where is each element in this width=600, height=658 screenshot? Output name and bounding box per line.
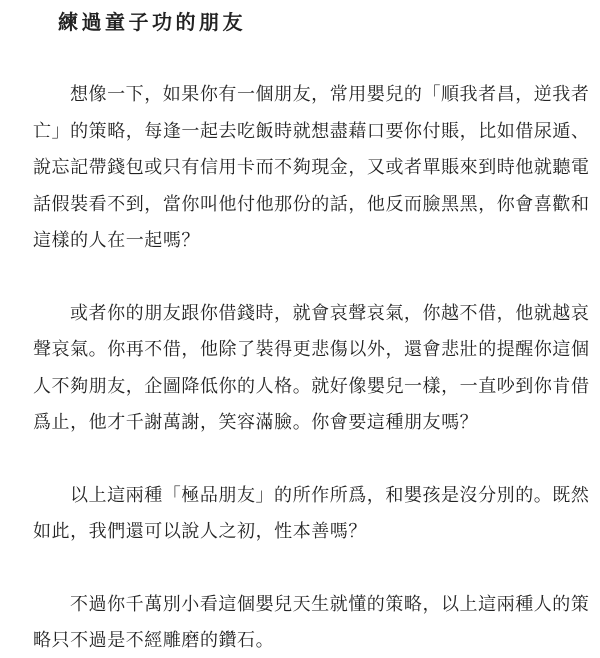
document-title: 練過童子功的朋友 — [33, 5, 590, 41]
text-line: 亡」的策略，每逢一起去吃飯時就想盡藉口要你付賬，比如借尿遁、 — [33, 113, 590, 150]
paragraph-2: 或者你的朋友跟你借錢時，就會哀聲哀氣，你越不借，他就越哀 聲哀氣。你再不借，他除… — [33, 295, 590, 441]
text-line: 以上這兩種「極品朋友」的所作所爲，和嬰孩是沒分別的。既然 — [33, 477, 590, 514]
text-line: 如此，我們還可以說人之初，性本善嗎？ — [33, 513, 590, 550]
document-page: 練過童子功的朋友 想像一下，如果你有一個朋友，常用嬰兒的「順我者昌，逆我者 亡」… — [0, 0, 600, 658]
text-line: 聲哀氣。你再不借，他除了裝得更悲傷以外，還會悲壯的提醒你這個 — [33, 331, 590, 368]
text-line: 說忘記帶錢包或只有信用卡而不夠現金，又或者單賬來到時他就聽電 — [33, 149, 590, 186]
text-line: 想像一下，如果你有一個朋友，常用嬰兒的「順我者昌，逆我者 — [33, 76, 590, 113]
text-line: 人不夠朋友，企圖降低你的人格。就好像嬰兒一樣，一直吵到你肯借 — [33, 368, 590, 405]
text-line: 或者你的朋友跟你借錢時，就會哀聲哀氣，你越不借，他就越哀 — [33, 295, 590, 332]
text-line: 不過你千萬別小看這個嬰兒天生就懂的策略，以上這兩種人的策 — [33, 586, 590, 623]
text-line: 話假裝看不到，當你叫他付他那份的話，他反而臉黑黑，你會喜歡和 — [33, 186, 590, 223]
paragraph-1: 想像一下，如果你有一個朋友，常用嬰兒的「順我者昌，逆我者 亡」的策略，每逢一起去… — [33, 76, 590, 259]
text-line: 這樣的人在一起嗎？ — [33, 222, 590, 259]
document-body: 練過童子功的朋友 想像一下，如果你有一個朋友，常用嬰兒的「順我者昌，逆我者 亡」… — [33, 5, 590, 658]
text-line: 略只不過是不經雕磨的鑽石。 — [33, 622, 590, 658]
paragraph-4: 不過你千萬別小看這個嬰兒天生就懂的策略，以上這兩種人的策 略只不過是不經雕磨的鑽… — [33, 586, 590, 658]
paragraph-3: 以上這兩種「極品朋友」的所作所爲，和嬰孩是沒分別的。既然 如此，我們還可以說人之… — [33, 477, 590, 550]
text-line: 爲止，他才千謝萬謝，笑容滿臉。你會要這種朋友嗎？ — [33, 404, 590, 441]
